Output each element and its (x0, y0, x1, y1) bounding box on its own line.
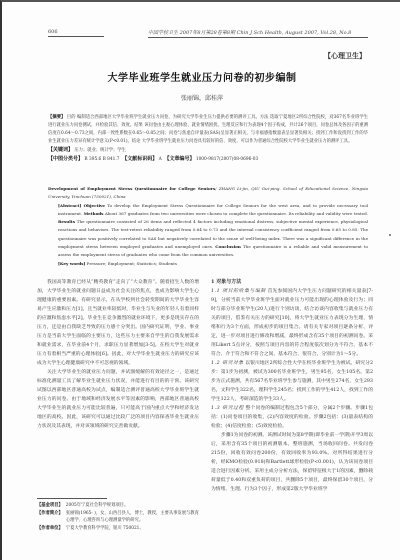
keywords-label: 【关键词】 (48, 147, 73, 153)
section-heading: 1 对象与方法 (211, 278, 373, 287)
clc-label: 【中图分类号】 (48, 156, 83, 162)
chinese-abstract: 【摘要】 目的 编制适合西部地区大学毕业班学生就业压力问卷，为研究大学毕业生压力… (48, 114, 368, 164)
body-paragraph: 我国高等教育已经从“精英教育”走向了“大众教育”。随着招生人数的增加，大学毕业生… (37, 278, 199, 368)
footnote-label: 【作者单位】 (37, 525, 63, 533)
objective-label: Objective (84, 203, 105, 208)
abstract-label: 【摘要】 (48, 115, 65, 120)
english-title: Development of Employment Stress Questio… (48, 186, 215, 191)
abstract-body: 目的 编制适合西部地区大学毕业班学生就业压力问卷，为研究大学毕业生压力提供必要的… (48, 115, 368, 144)
footnote-author-bio: 【作者简介】 张丽锦(1965- )，女，山西吕县人，博士，教授，主要从事发展与… (37, 510, 202, 525)
subsection-text: 首先参阅国内大学生压力问题研究的相关量表[7-9]，分析当前大学毕业班学生面对就… (211, 289, 373, 357)
footnote-text: 宁夏大学教育科学学院，银川 750021。 (66, 525, 144, 533)
scan-artifact (389, 234, 391, 236)
page-number: 606 (48, 29, 104, 37)
classification-line: 【中图分类号】 R 395.6 B 841.7 【文献标识码】 A 【文章编号】… (48, 155, 368, 164)
body-paragraph: 步骤1为问卷的初测。该测试时间为第8学期(即毕业前一学期)开学3周以后，采用含有… (211, 431, 373, 494)
subsection-heading: 1.2 研究对象 (211, 361, 244, 366)
subsection-text: 以银川地区2所综合性大学在校毕业班学生为被试。研究分2步：第1步为初测，被试为3… (211, 361, 373, 402)
journal-citation-line: 中国学校卫生 2007年8月第28卷第8期 Chin J Sch Health,… (148, 29, 368, 38)
running-header: 606 中国学校卫生 2007年8月第28卷第8期 Chin J Sch Hea… (48, 29, 368, 39)
body-right-column: 1 对象与方法 1.1 项目的收集与编制 首先参阅国内大学生压力问题研究的相关量… (211, 278, 373, 494)
article-no-label: 【文章编号】 (164, 156, 194, 162)
section-tag: 【心理卫生】 (324, 51, 366, 61)
footnote-affiliation: 【作者单位】 宁夏大学教育科学学院，银川 750021。 (37, 525, 202, 533)
keywords-value: 压力；就业；统计学；学生 (74, 148, 126, 153)
footnote-text: 2005年宁夏社会科学规划项目。 (66, 502, 129, 510)
article-no-value: 1000-9817(2007)08-0696-03 (196, 157, 258, 162)
english-abstract-label: [Abstract] (58, 203, 81, 208)
english-abstract: Development of Employment Stress Questio… (48, 185, 368, 268)
doc-code-label: 【文献标识码】 (122, 156, 157, 162)
subsection-1-2: 1.2 研究对象 以银川地区2所综合性大学在校毕业班学生为被试。研究分2步：第1… (211, 359, 373, 404)
body-left-column: 我国高等教育已经从“精英教育”走向了“大众教育”。随着招生人数的增加，大学毕业生… (37, 278, 199, 431)
clc-value: R 395.6 B 841.7 (84, 157, 119, 162)
subsection-1-3: 1.3 研究过程 整个问卷的编制过程包含5个部分，分属2个步骤。步骤1包括：(1… (211, 404, 373, 431)
article-authors: 张丽锦，邱桂萍 (2, 93, 400, 102)
footnote-divider (37, 498, 107, 499)
footnote-label: 【作者简介】 (37, 510, 63, 525)
footnote-label: 【基金项目】 (37, 502, 63, 510)
conclusion-label: Conclusion (215, 244, 241, 249)
methods-label: Methods (84, 211, 104, 216)
english-keywords-label: [Key words] (58, 261, 85, 266)
subsection-heading: 1.3 研究过程 (211, 406, 244, 411)
article-title: 大学毕业班学生就业压力问卷的初步编制 (2, 69, 400, 84)
english-keywords: Pressure; Employment; Statistics; Studen… (87, 261, 177, 266)
results-label: Results (58, 219, 75, 224)
footnotes: 【基金项目】 2005年宁夏社会科学规划项目。 【作者简介】 张丽锦(1965-… (37, 502, 202, 532)
footnote-funding: 【基金项目】 2005年宁夏社会科学规划项目。 (37, 502, 202, 510)
journal-page: 606 中国学校卫生 2007年8月第28卷第8期 Chin J Sch Hea… (0, 0, 400, 560)
methods-text: About 367 graduates from two universitie… (105, 211, 368, 216)
footnote-text: 张丽锦(1965- )，女，山西吕县人，博士，教授，主要从事发展与教育心理学、心… (66, 510, 202, 525)
subsection-heading: 1.1 项目的收集与编制 (211, 289, 266, 294)
body-paragraph: 关注大学毕业生的就业压力问题，并试图缓解的有效途径之一，是通过标准化测量工具了解… (37, 368, 199, 431)
subsection-1-1: 1.1 项目的收集与编制 首先参阅国内大学生压力问题研究的相关量表[7-9]，分… (211, 287, 373, 359)
keywords-line: 【关键词】 压力；就业；统计学；学生 (48, 146, 368, 155)
doc-code-value: A (159, 157, 162, 162)
